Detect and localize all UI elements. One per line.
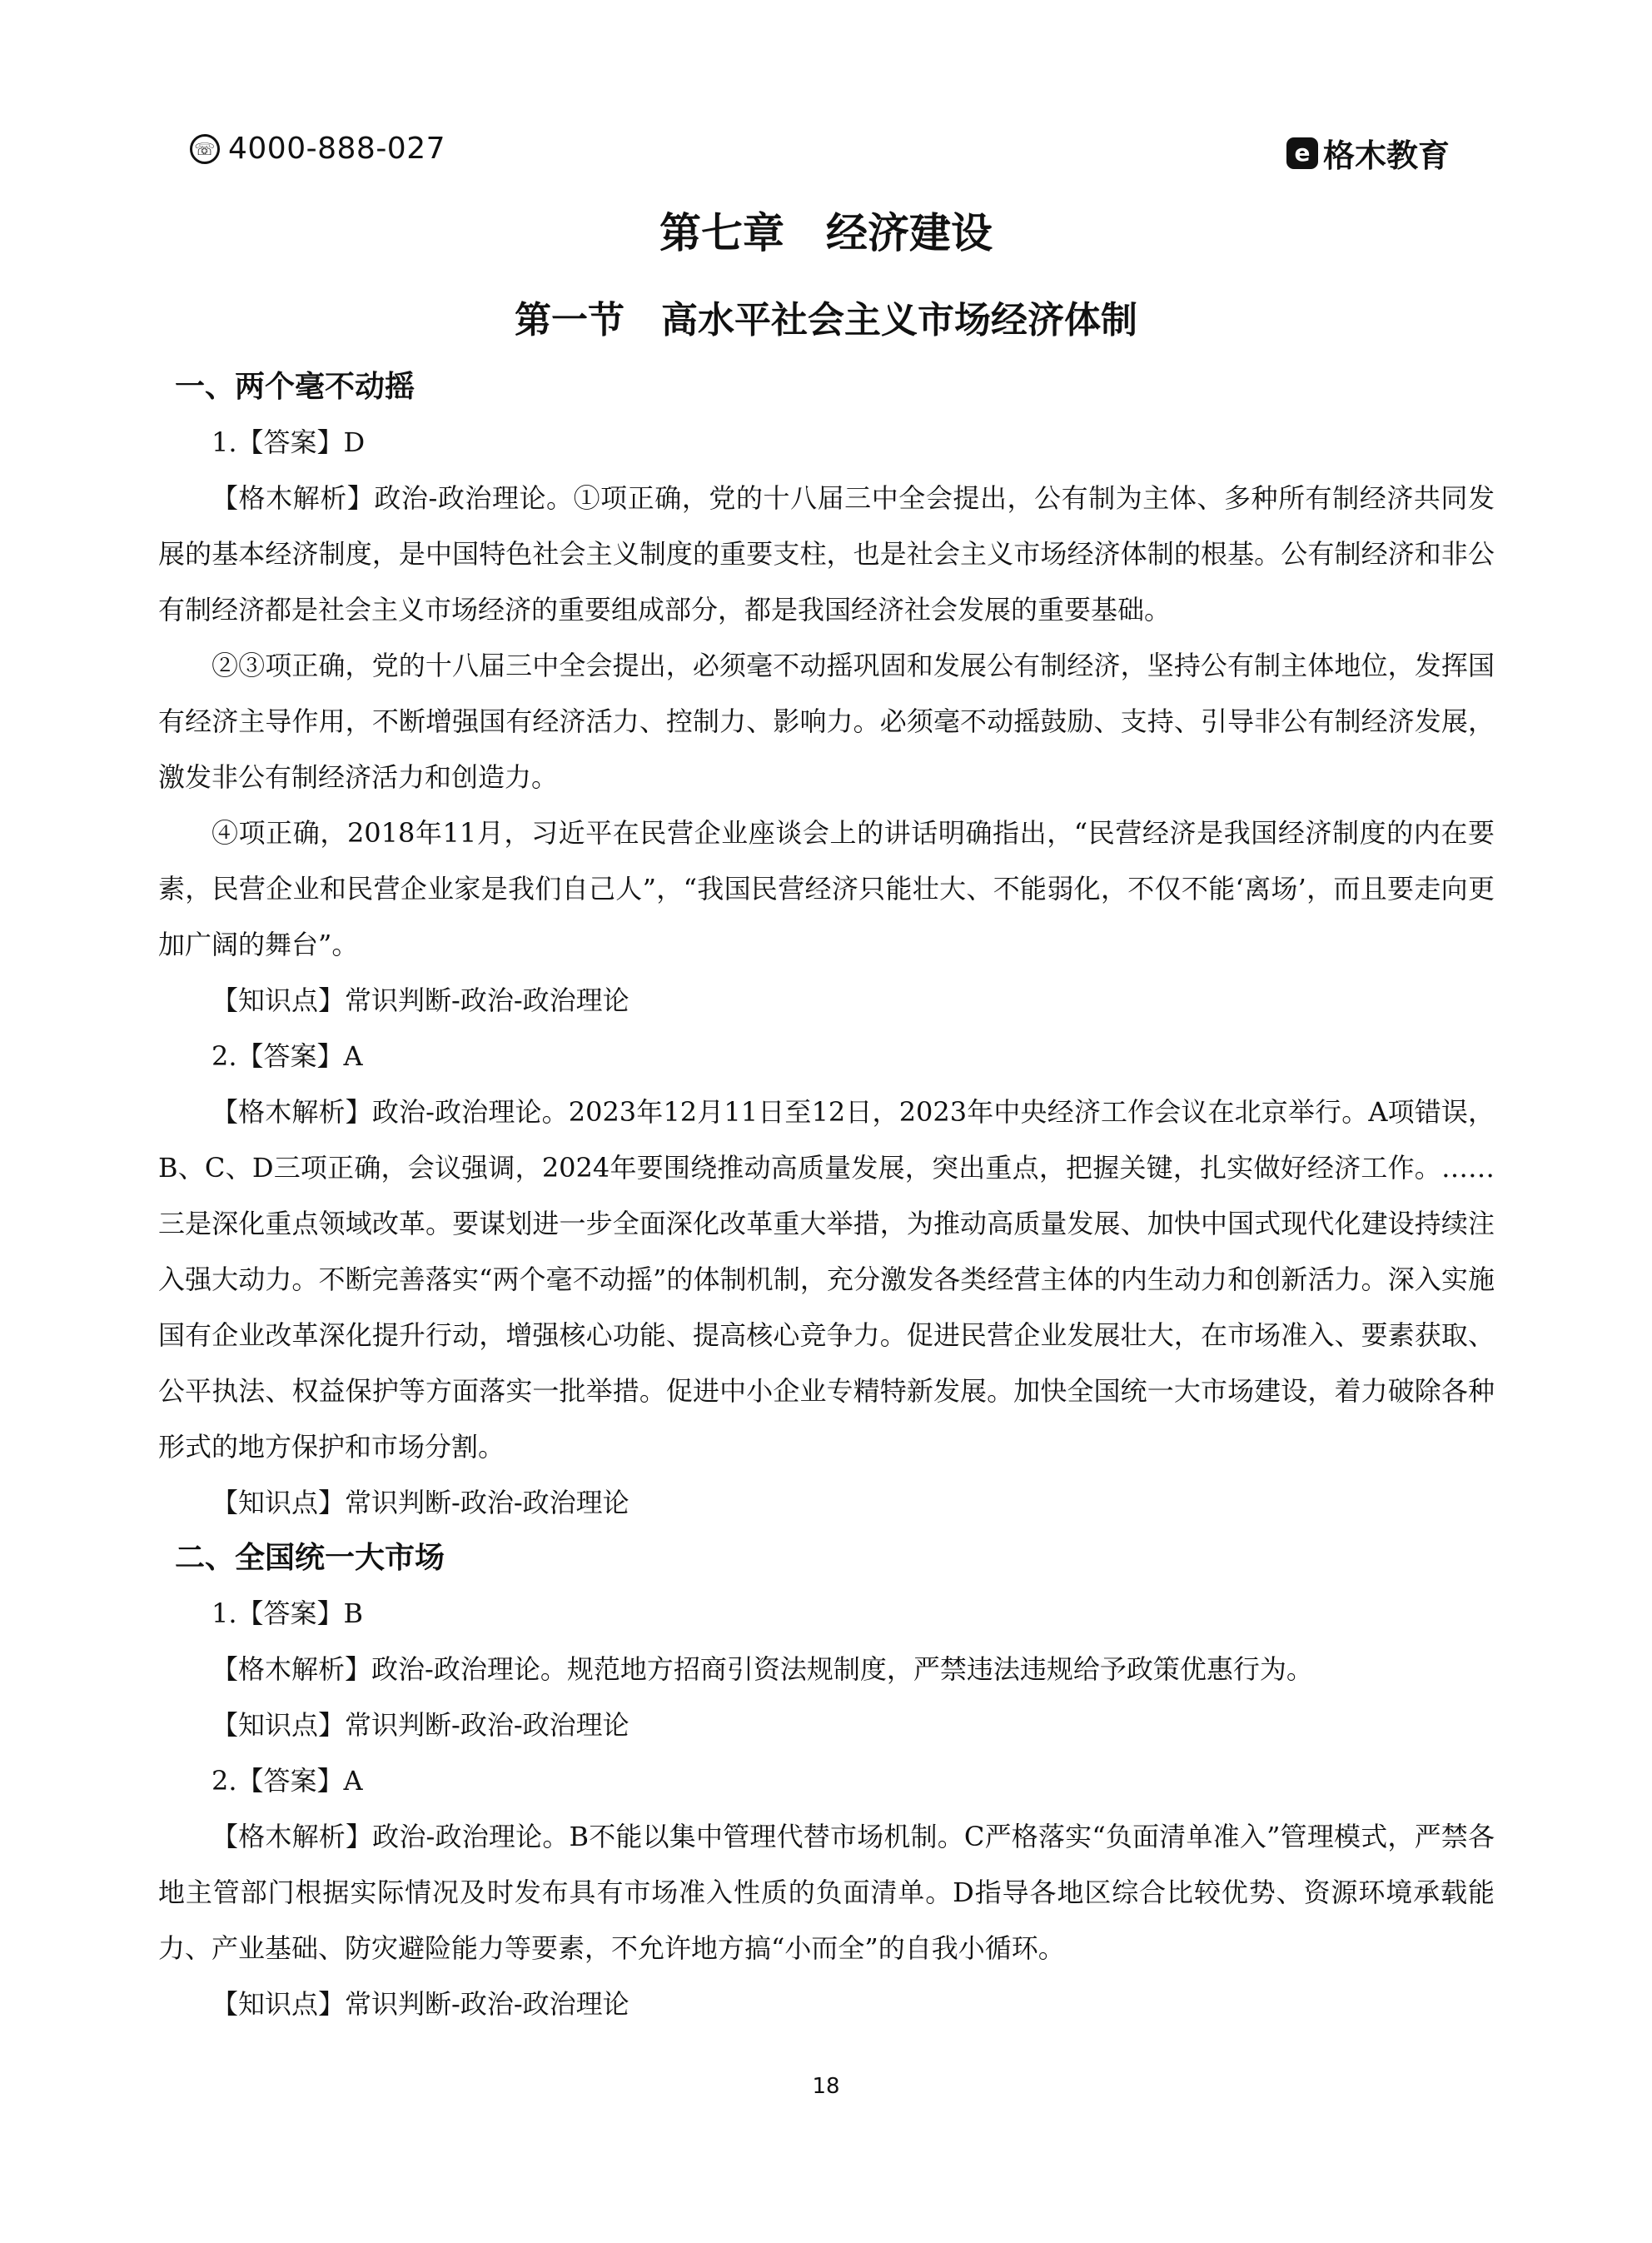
knowledge-point: 【知识点】常识判断-政治-政治理论 (158, 973, 1495, 1029)
knowledge-point: 【知识点】常识判断-政治-政治理论 (158, 1976, 1495, 2032)
hotline-number: 4000-888-027 (228, 132, 445, 166)
hotline: ☏ 4000-888-027 (190, 132, 445, 166)
document-body: 一、两个毫不动摇 1.【答案】D 【格木解析】政治-政治理论。①项正确，党的十八… (158, 360, 1495, 2032)
page-header: ☏ 4000-888-027 e 格木教育 (0, 125, 1652, 183)
phone-icon: ☏ (190, 134, 220, 164)
brand-logo: e 格木教育 (1286, 130, 1450, 176)
page-number: 18 (0, 2074, 1652, 2099)
answer-line: 2.【答案】A (158, 1753, 1495, 1809)
logo-text: 格木教育 (1323, 130, 1450, 176)
analysis-paragraph: 【格木解析】政治-政治理论。①项正确，党的十八届三中全会提出，公有制为主体、多种… (158, 471, 1495, 638)
analysis-paragraph: ④项正确，2018年11月，习近平在民营企业座谈会上的讲话明确指出，“民营经济是… (158, 805, 1495, 973)
knowledge-point: 【知识点】常识判断-政治-政治理论 (158, 1475, 1495, 1531)
knowledge-point: 【知识点】常识判断-政治-政治理论 (158, 1697, 1495, 1753)
part-heading: 二、全国统一大市场 (175, 1531, 1495, 1586)
logo-icon: e (1286, 137, 1318, 169)
analysis-paragraph: 【格木解析】政治-政治理论。规范地方招商引资法规制度，严禁违法违规给予政策优惠行… (158, 1642, 1495, 1697)
answer-line: 2.【答案】A (158, 1029, 1495, 1084)
chapter-title: 第七章 经济建设 (0, 200, 1652, 260)
section-title: 第一节 高水平社会主义市场经济体制 (0, 290, 1652, 343)
analysis-paragraph: 【格木解析】政治-政治理论。B不能以集中管理代替市场机制。C严格落实“负面清单准… (158, 1809, 1495, 1976)
answer-line: 1.【答案】D (158, 415, 1495, 471)
answer-line: 1.【答案】B (158, 1586, 1495, 1642)
part-heading: 一、两个毫不动摇 (175, 360, 1495, 415)
analysis-paragraph: 【格木解析】政治-政治理论。2023年12月11日至12日，2023年中央经济工… (158, 1084, 1495, 1475)
analysis-paragraph: ②③项正确，党的十八届三中全会提出，必须毫不动摇巩固和发展公有制经济，坚持公有制… (158, 638, 1495, 805)
